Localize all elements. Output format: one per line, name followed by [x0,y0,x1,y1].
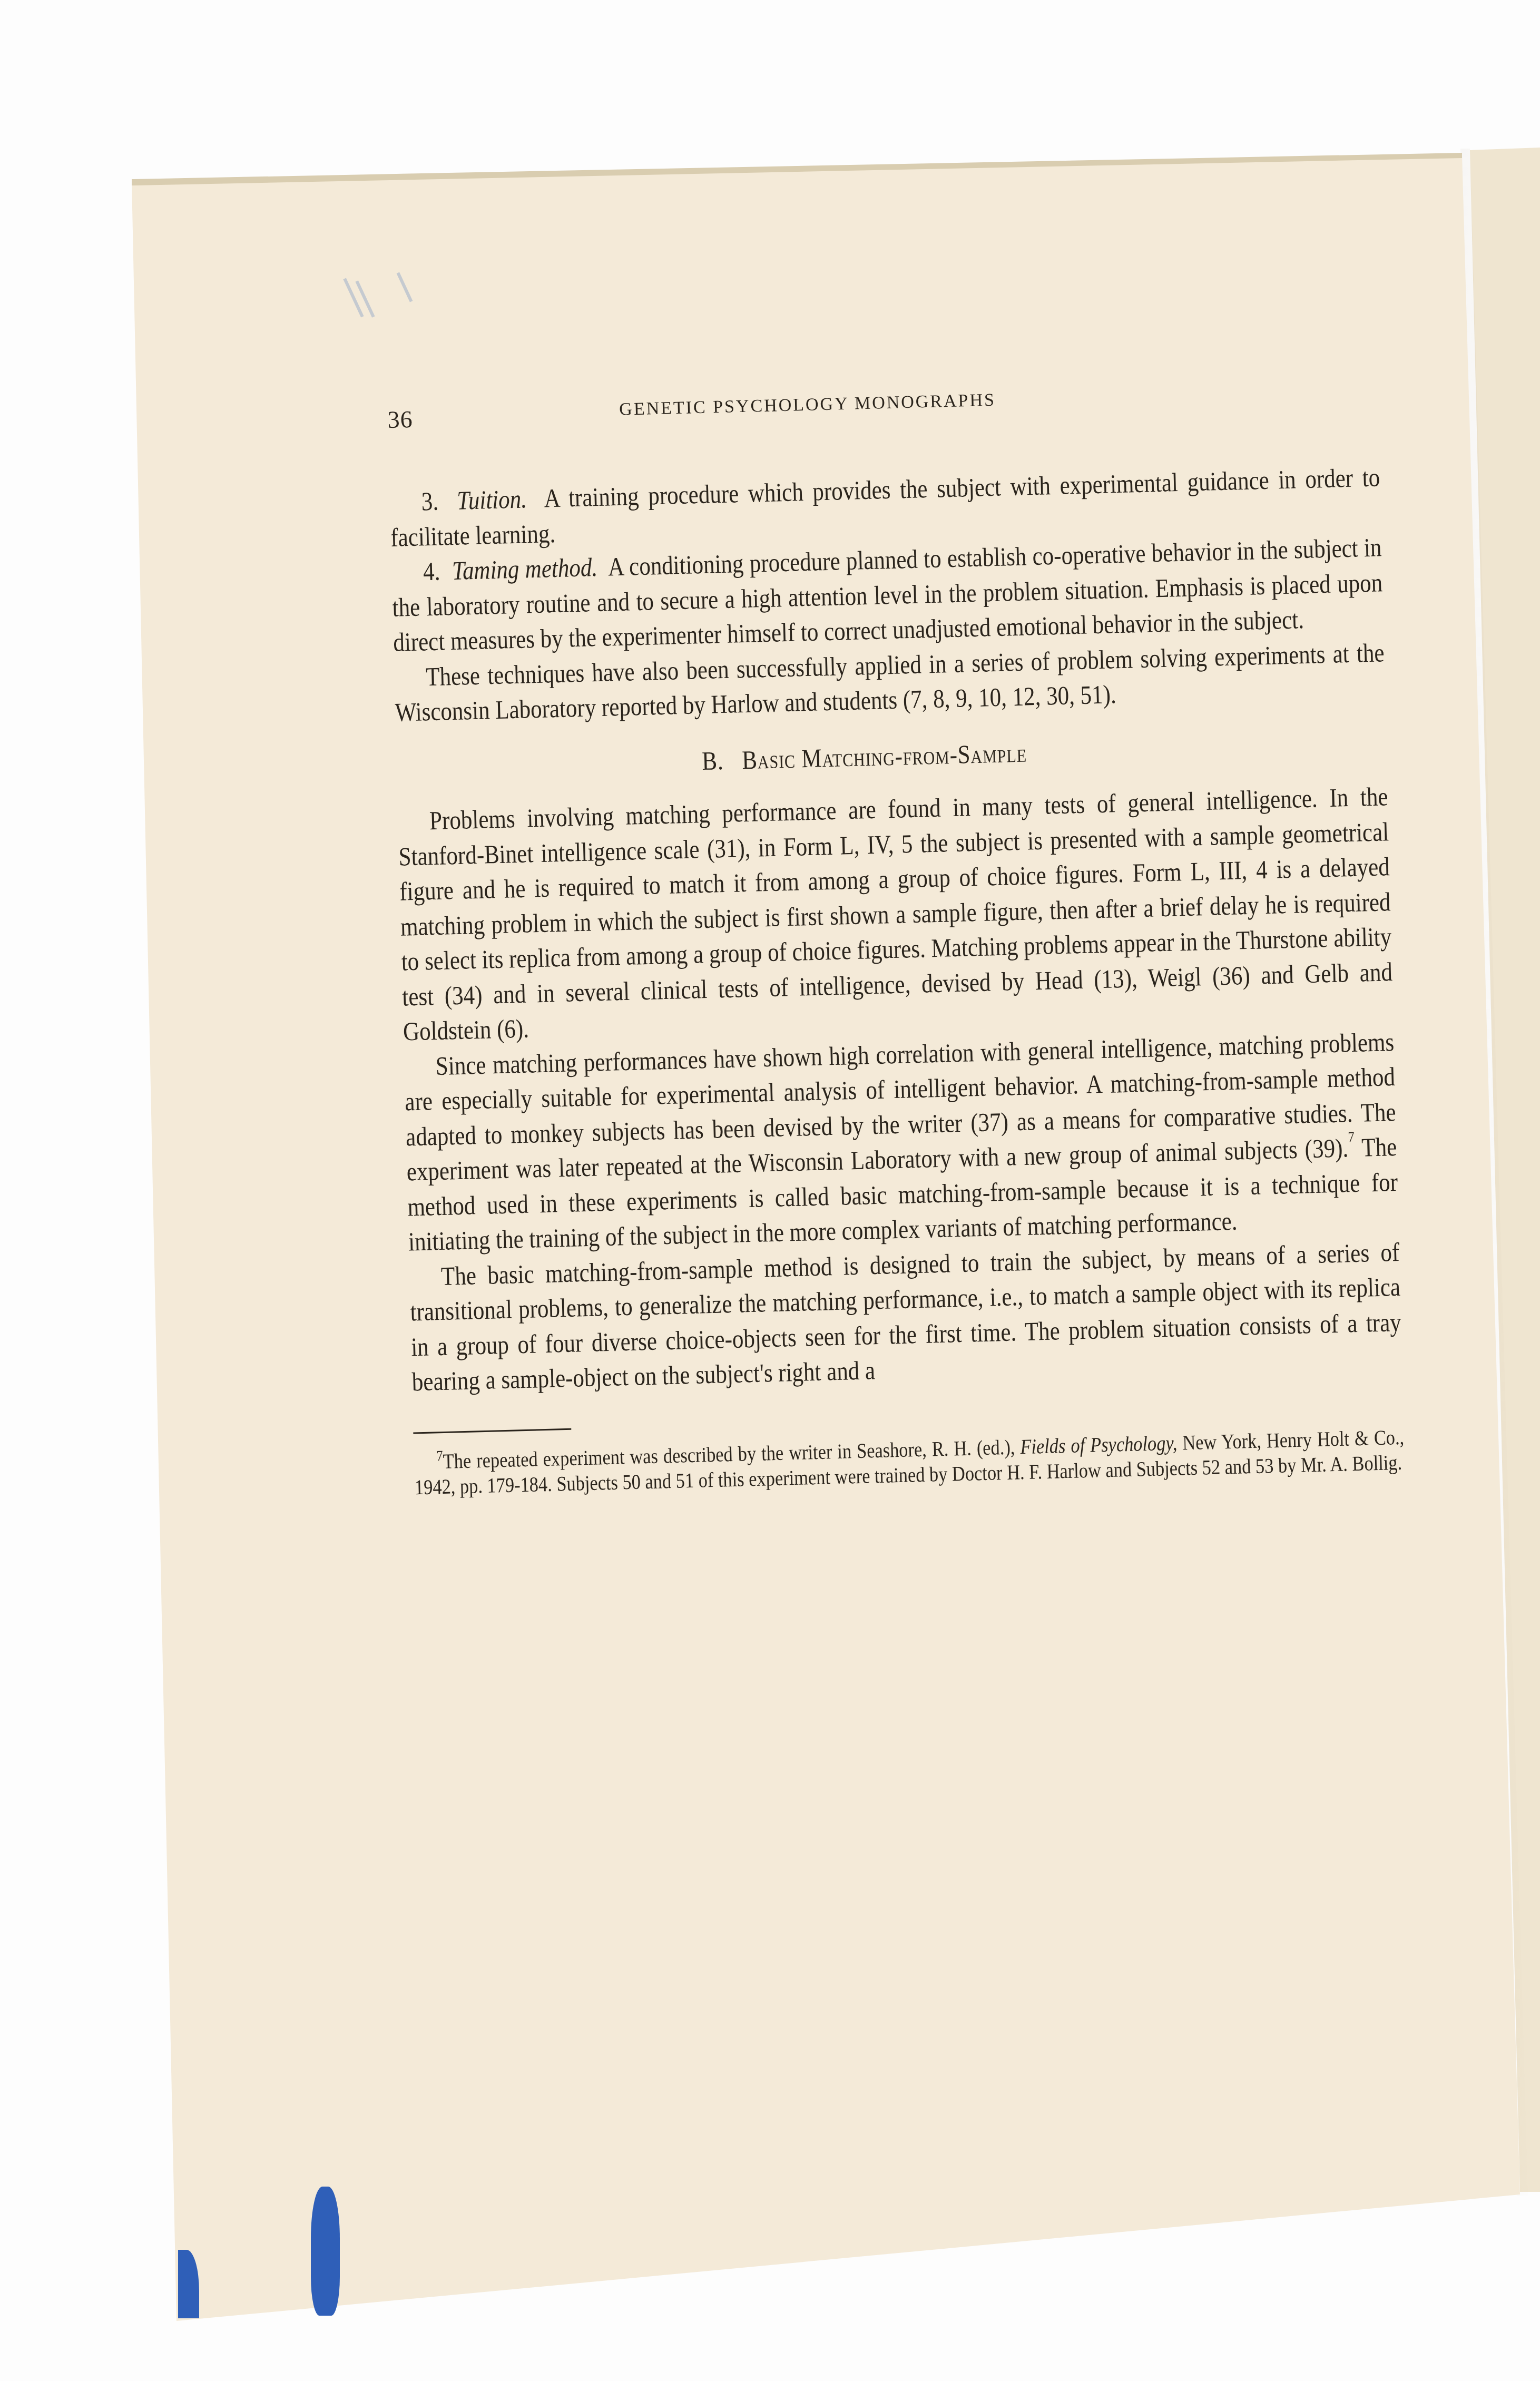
page-number: 36 [387,405,413,434]
footnote-divider [413,1428,571,1434]
footnote-ref[interactable]: 7 [1348,1129,1355,1145]
definition-term: Tuition. [457,484,527,515]
paragraph: The basic matching-from-sample method is… [409,1234,1402,1399]
paragraph: Since matching performances have shown h… [404,1024,1399,1259]
page-content: 36 GENETIC PSYCHOLOGY MONOGRAPHS 3. Tuit… [387,380,1405,1500]
section-heading: B. Basic Matching-from-Sample [396,726,1387,786]
body-text: 3. Tuition. A training procedure which p… [389,459,1402,1399]
definition-term: Taming method. [452,552,597,585]
blue-ink-stain [311,2187,340,2316]
paragraph: Problems involving matching performance … [397,779,1394,1049]
